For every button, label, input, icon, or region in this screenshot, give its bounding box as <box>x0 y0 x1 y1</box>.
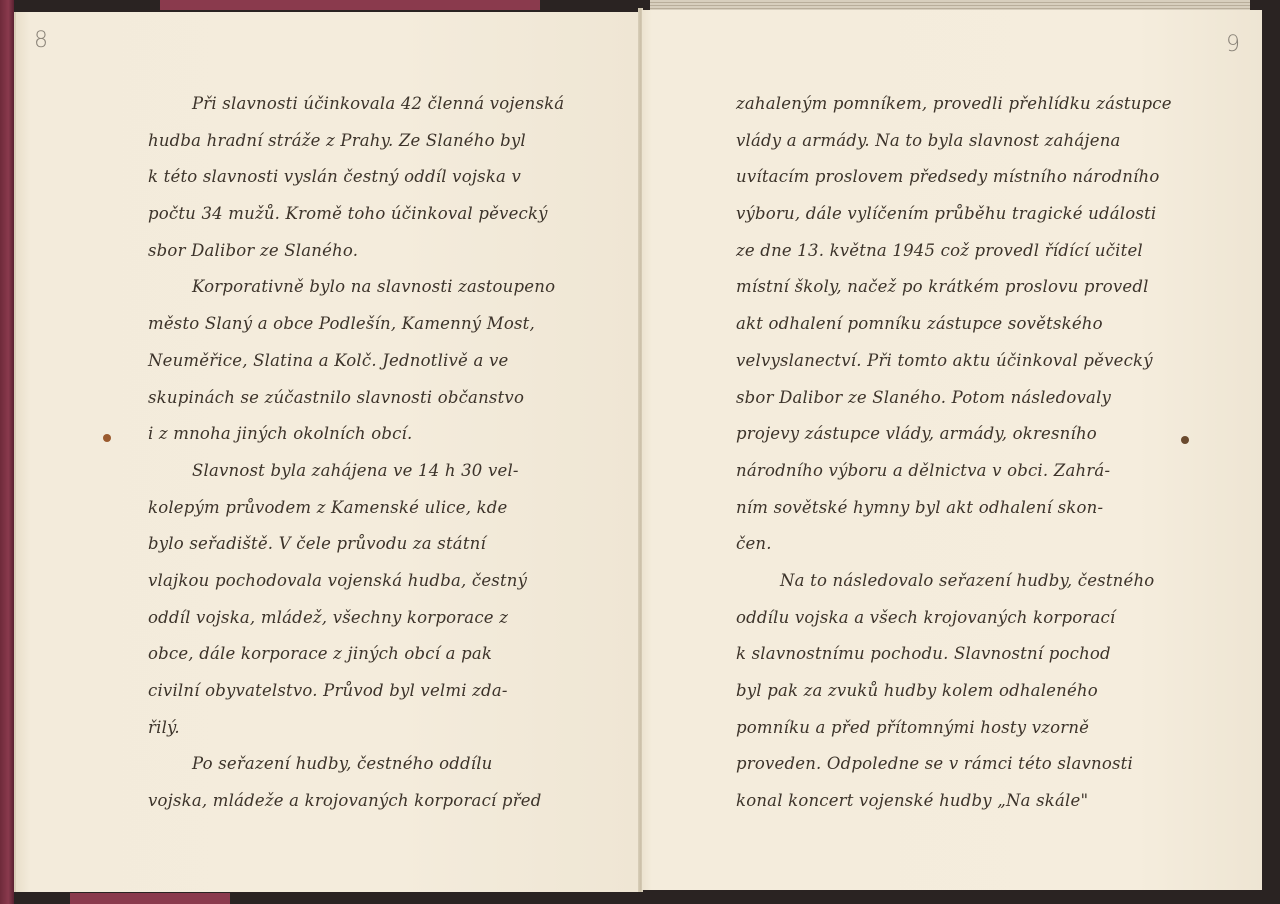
text-line: sbor Dalibor ze Slaného. Potom následova… <box>736 380 1156 417</box>
text-line: vlajkou pochodovala vojenská hudba, čest… <box>148 563 568 600</box>
text-line: uvítacím proslovem předsedy místního nár… <box>736 159 1156 196</box>
text-line: Na to následovalo seřazení hudby, čestné… <box>736 563 1156 600</box>
text-line: konal koncert vojenské hudby „Na skále" <box>736 783 1156 820</box>
text-line: sbor Dalibor ze Slaného. <box>148 233 568 270</box>
text-line: akt odhalení pomníku zástupce sovětského <box>736 306 1156 343</box>
right-page-text: zahaleným pomníkem, provedli přehlídku z… <box>736 86 1156 820</box>
text-line: národního výboru a dělnictva v obci. Zah… <box>736 453 1156 490</box>
text-line: vlády a armády. Na to byla slavnost zahá… <box>736 123 1156 160</box>
text-line: bylo seřadiště. V čele průvodu za státní <box>148 526 568 563</box>
text-line: projevy zástupce vlády, armády, okresníh… <box>736 416 1156 453</box>
text-line: vojska, mládeže a krojovaných korporací … <box>148 783 568 820</box>
text-line: místní školy, načež po krátkém proslovu … <box>736 269 1156 306</box>
text-line: velvyslanectví. Při tomto aktu účinkoval… <box>736 343 1156 380</box>
text-line: k této slavnosti vyslán čestný oddíl voj… <box>148 159 568 196</box>
text-line: obce, dále korporace z jiných obcí a pak <box>148 636 568 673</box>
binding-hole-right <box>1181 436 1189 444</box>
text-line: civilní obyvatelstvo. Průvod byl velmi z… <box>148 673 568 710</box>
text-line: oddíl vojska, mládež, všechny korporace … <box>148 600 568 637</box>
text-line: oddílu vojska a všech krojovaných korpor… <box>736 600 1156 637</box>
text-line: Po seřazení hudby, čestného oddílu <box>148 746 568 783</box>
page-number-left: 8 <box>34 28 48 53</box>
text-line: Korporativně bylo na slavnosti zastoupen… <box>148 269 568 306</box>
text-line: čen. <box>736 526 1156 563</box>
text-line: řilý. <box>148 710 568 747</box>
text-line: hudba hradní stráže z Prahy. Ze Slaného … <box>148 123 568 160</box>
text-line: proveden. Odpoledne se v rámci této slav… <box>736 746 1156 783</box>
text-line: skupinách se zúčastnilo slavnosti občans… <box>148 380 568 417</box>
text-line: ze dne 13. května 1945 což provedl řídíc… <box>736 233 1156 270</box>
text-line: Slavnost byla zahájena ve 14 h 30 vel- <box>148 453 568 490</box>
text-line: počtu 34 mužů. Kromě toho účinkoval pěve… <box>148 196 568 233</box>
text-line: Při slavnosti účinkovala 42 členná vojen… <box>148 86 568 123</box>
text-line: pomníku a před přítomnými hosty vzorně <box>736 710 1156 747</box>
book-spread: 8 9 Při slavnosti účinkovala 42 členná v… <box>0 0 1280 904</box>
text-line: ním sovětské hymny byl akt odhalení skon… <box>736 490 1156 527</box>
text-line: byl pak za zvuků hudby kolem odhaleného <box>736 673 1156 710</box>
binding-hole-left <box>103 434 111 442</box>
text-line: k slavnostnímu pochodu. Slavnostní pocho… <box>736 636 1156 673</box>
text-line: kolepým průvodem z Kamenské ulice, kde <box>148 490 568 527</box>
text-line: zahaleným pomníkem, provedli přehlídku z… <box>736 86 1156 123</box>
page-number-right: 9 <box>1226 32 1240 57</box>
text-line: Neuměřice, Slatina a Kolč. Jednotlivě a … <box>148 343 568 380</box>
text-line: město Slaný a obce Podlešín, Kamenný Mos… <box>148 306 568 343</box>
left-page-text: Při slavnosti účinkovala 42 členná vojen… <box>148 86 568 820</box>
text-line: výboru, dále vylíčením průběhu tragické … <box>736 196 1156 233</box>
text-line: i z mnoha jiných okolních obcí. <box>148 416 568 453</box>
